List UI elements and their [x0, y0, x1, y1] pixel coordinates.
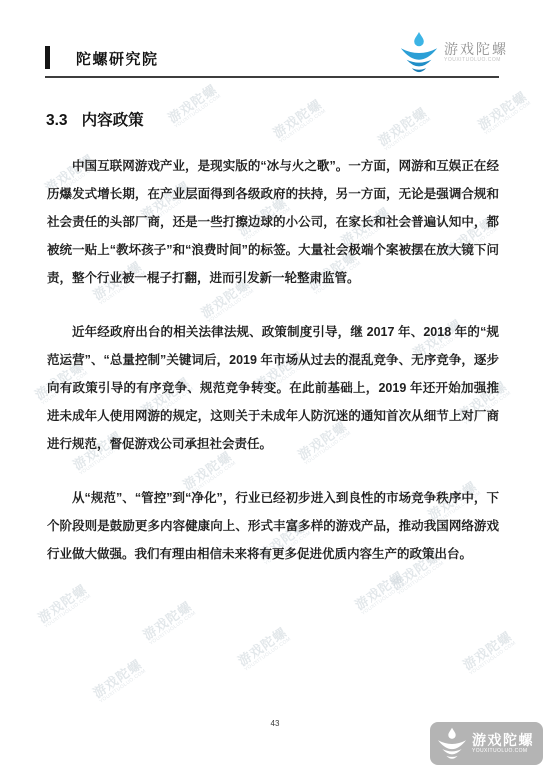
section-title: 内容政策 — [82, 112, 144, 129]
watermark: 游戏陀螺YOUXITUOLUO.COM — [138, 596, 197, 647]
paragraph: 从“规范”、“管控”到“净化”，行业已经初步进入到良性的市场竞争秩序中，下个阶段… — [47, 484, 499, 568]
header-accent-bar — [45, 46, 50, 69]
paragraph: 近年经政府出台的相关法律法规、政策制度引导，继 2017 年、2018 年的“规… — [47, 318, 499, 458]
document-page: 游戏陀螺YOUXITUOLUO.COM游戏陀螺YOUXITUOLUO.COM游戏… — [0, 0, 550, 777]
header-divider — [45, 76, 499, 78]
brand-name: 游戏陀螺 — [444, 42, 508, 57]
section-number: 3.3 — [46, 112, 68, 129]
brand-url: YOUXITUOLUO.COM — [444, 58, 508, 64]
watermark: 游戏陀螺YOUXITUOLUO.COM — [268, 94, 327, 145]
brand-logo-top: 游戏陀螺 YOUXITUOLUO.COM — [399, 31, 508, 75]
body-text: 中国互联网游戏产业，是现实版的“冰与火之歌”。一方面，网游和互娱正在经历爆发式增… — [47, 152, 499, 594]
header-title: 陀螺研究院 — [76, 48, 159, 69]
watermark: 游戏陀螺YOUXITUOLUO.COM — [458, 626, 517, 677]
watermark: 游戏陀螺YOUXITUOLUO.COM — [373, 102, 432, 153]
watermark: 游戏陀螺YOUXITUOLUO.COM — [233, 622, 292, 673]
brand-url: YOUXITUOLUO.COM — [472, 749, 534, 755]
brand-name: 游戏陀螺 — [472, 733, 534, 748]
spinning-top-icon — [399, 31, 439, 75]
paragraph: 中国互联网游戏产业，是现实版的“冰与火之歌”。一方面，网游和互娱正在经历爆发式增… — [47, 152, 499, 292]
watermark: 游戏陀螺YOUXITUOLUO.COM — [88, 654, 147, 705]
brand-logo-bottom: 游戏陀螺 YOUXITUOLUO.COM — [430, 722, 543, 765]
watermark: 游戏陀螺YOUXITUOLUO.COM — [473, 86, 532, 137]
section-heading: 3.3内容政策 — [46, 108, 144, 130]
watermark: 游戏陀螺YOUXITUOLUO.COM — [163, 79, 222, 130]
spinning-top-icon — [437, 727, 467, 761]
